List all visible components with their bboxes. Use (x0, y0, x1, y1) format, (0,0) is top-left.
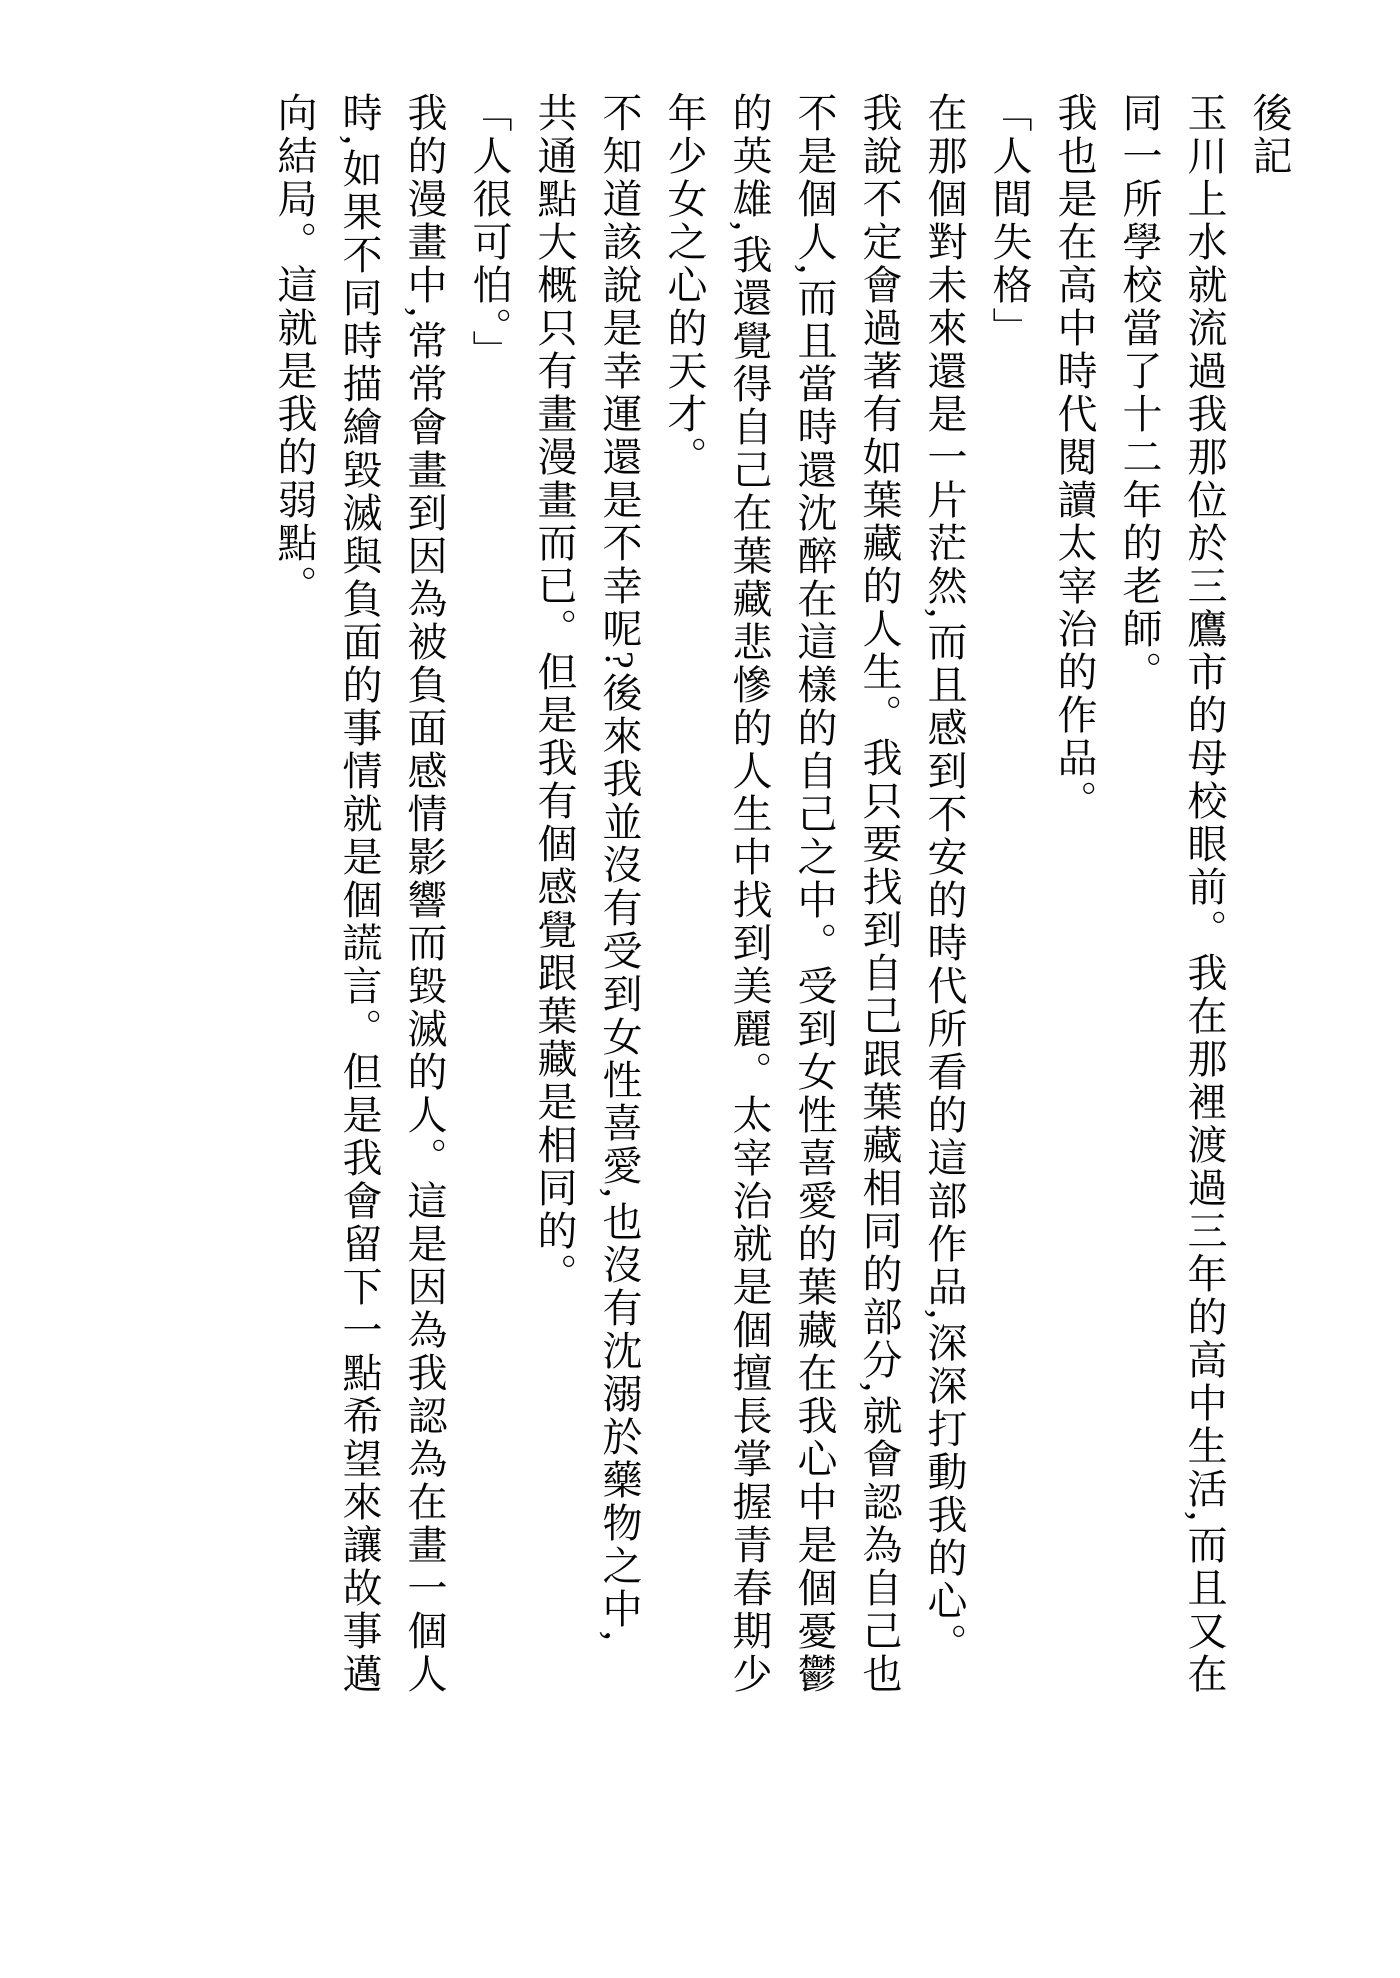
text-line: 我也是在高中時代閱讀太宰治的作品。 (1042, 92, 1107, 1792)
page-title: 後記 (1237, 92, 1302, 1792)
text-line: 不知道該說是幸運還是不幸呢?後來我並沒有受到女性喜愛,也沒有沈溺於藥物之中, (587, 92, 652, 1792)
paragraph-4: 在那個對未來還是一片茫然,而且感到不安的時代所看的這部作品,深深打動我的心。 我… (652, 92, 977, 1792)
text-line: 在那個對未來還是一片茫然,而且感到不安的時代所看的這部作品,深深打動我的心。 (912, 92, 977, 1792)
text-line: 我說不定會過著有如葉藏的人生。我只要找到自己跟葉藏相同的部分,就會認為自己也 (847, 92, 912, 1792)
text-line: 不是個人,而且當時還沈醉在這樣的自己之中。受到女性喜愛的葉藏在我心中是個憂鬱 (782, 92, 847, 1792)
text-line: 「人很可怕。」 (457, 92, 522, 1792)
text-line: 年少女之心的天才。 (652, 92, 717, 1792)
text-line: 共通點大概只有畫漫畫而已。但是我有個感覺跟葉藏是相同的。 (522, 92, 587, 1792)
paragraph-3-quote: 「人間失格」 (977, 92, 1042, 1792)
paragraph-5: 不知道該說是幸運還是不幸呢?後來我並沒有受到女性喜愛,也沒有沈溺於藥物之中, 共… (522, 92, 652, 1792)
text-line: 我的漫畫中,常常會畫到因為被負面感情影響而毀滅的人。這是因為我認為在畫一個人 (392, 92, 457, 1792)
book-page: 後記 玉川上水就流過我那位於三鷹市的母校眼前。我在那裡渡過三年的高中生活,而且又… (0, 0, 1400, 1978)
paragraph-7: 我的漫畫中,常常會畫到因為被負面感情影響而毀滅的人。這是因為我認為在畫一個人 時… (262, 92, 457, 1792)
text-line: 向結局。這就是我的弱點。 (262, 92, 327, 1792)
text-line: 同一所學校當了十二年的老師。 (1107, 92, 1172, 1792)
paragraph-6-quote: 「人很可怕。」 (457, 92, 522, 1792)
paragraph-2: 我也是在高中時代閱讀太宰治的作品。 (1042, 92, 1107, 1792)
paragraph-1: 玉川上水就流過我那位於三鷹市的母校眼前。我在那裡渡過三年的高中生活,而且又在 同… (1107, 92, 1237, 1792)
text-line: 玉川上水就流過我那位於三鷹市的母校眼前。我在那裡渡過三年的高中生活,而且又在 (1172, 92, 1237, 1792)
vertical-text-block: 後記 玉川上水就流過我那位於三鷹市的母校眼前。我在那裡渡過三年的高中生活,而且又… (262, 92, 1302, 1792)
text-line: 「人間失格」 (977, 92, 1042, 1792)
text-line: 時,如果不同時描繪毀滅與負面的事情就是個謊言。但是我會留下一點希望來讓故事邁 (327, 92, 392, 1792)
text-line: 的英雄,我還覺得自己在葉藏悲慘的人生中找到美麗。太宰治就是個擅長掌握青春期少 (717, 92, 782, 1792)
